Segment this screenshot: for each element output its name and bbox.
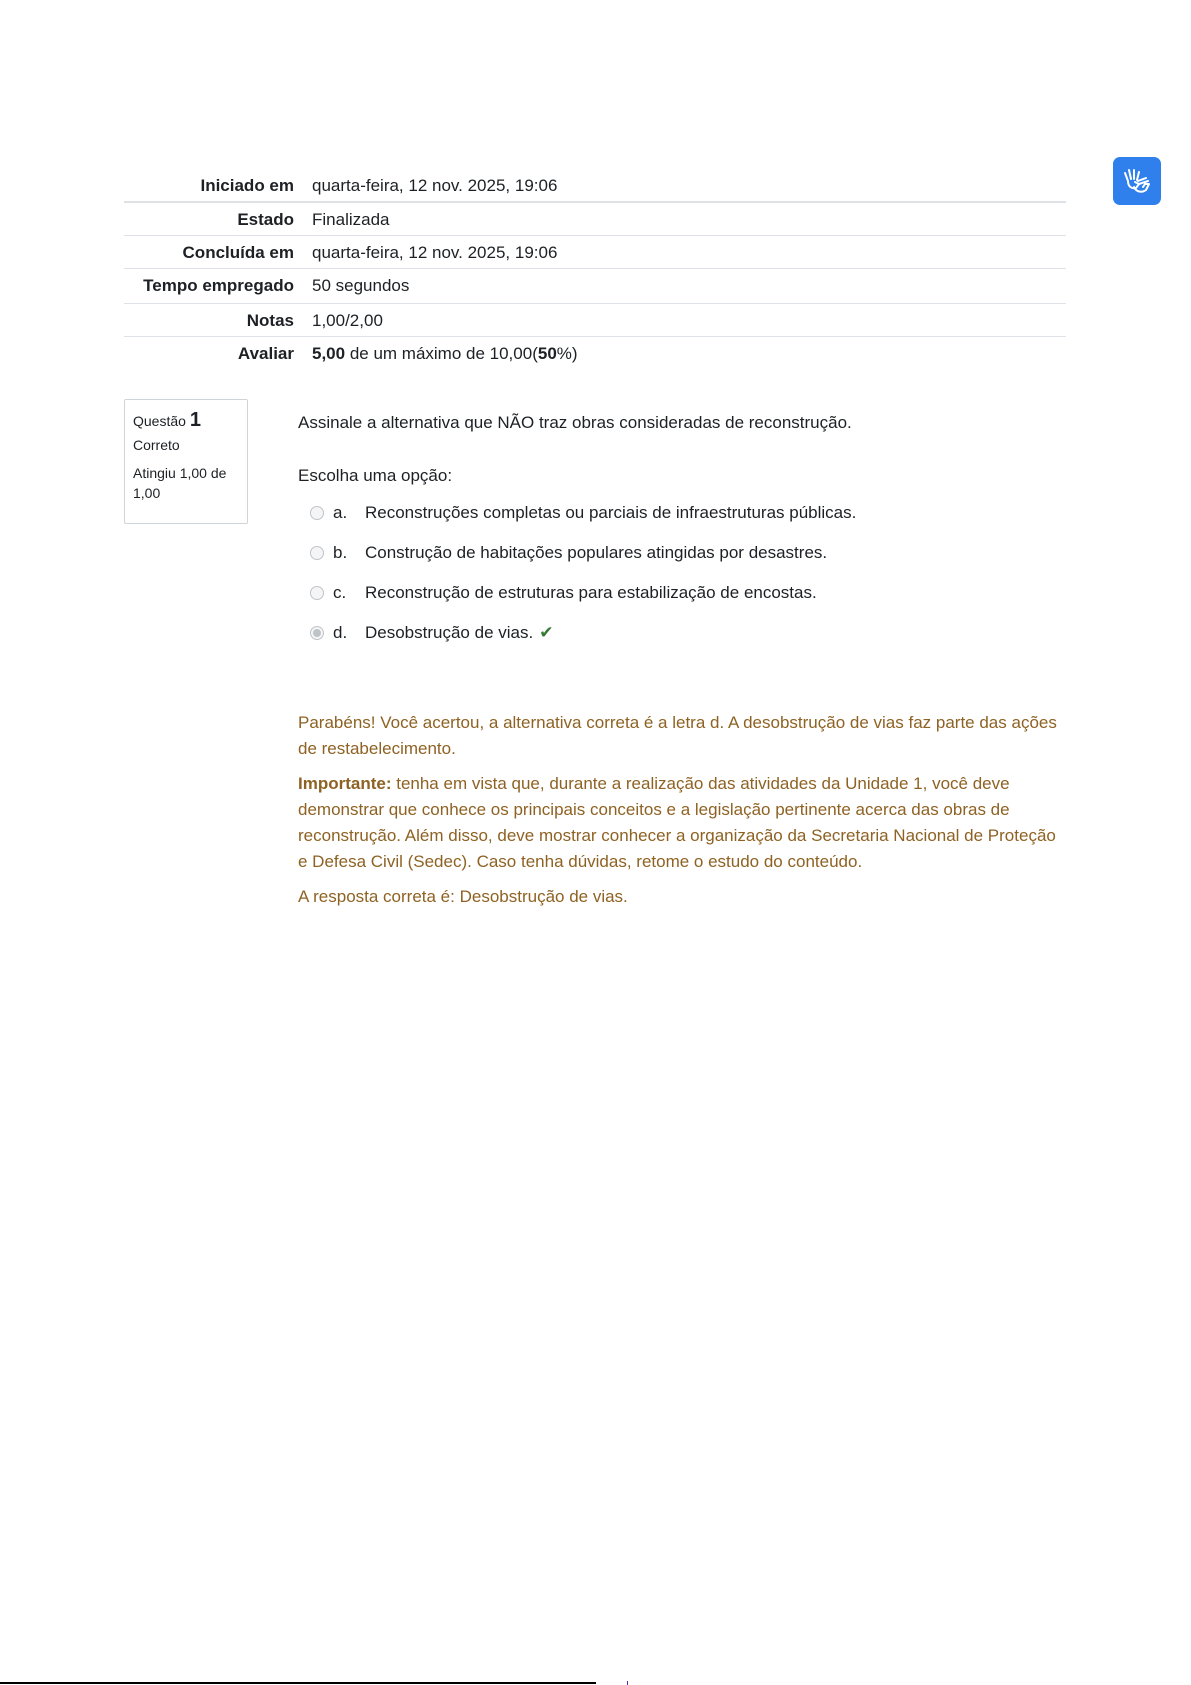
summary-row-completed: Concluída em quarta-feira, 12 nov. 2025,… bbox=[124, 236, 1066, 269]
question-number-value: 1 bbox=[190, 409, 201, 431]
summary-value: Finalizada bbox=[306, 202, 1066, 236]
summary-label: Concluída em bbox=[124, 236, 306, 269]
radio-button[interactable] bbox=[310, 546, 324, 560]
summary-row-marks: Notas 1,00/2,00 bbox=[124, 304, 1066, 337]
option-letter: d. bbox=[333, 623, 365, 643]
summary-row-grade: Avaliar 5,00 de um máximo de 10,00(50%) bbox=[124, 337, 1066, 370]
page-bottom-mark bbox=[627, 1681, 628, 1685]
feedback-congrats: Parabéns! Você acertou, a alternativa co… bbox=[298, 710, 1058, 762]
attempt-summary-table: Iniciado em quarta-feira, 12 nov. 2025, … bbox=[124, 169, 1066, 369]
answer-prompt: Escolha uma opção: bbox=[298, 463, 1058, 489]
summary-label: Notas bbox=[124, 304, 306, 337]
grade-suffix: %) bbox=[557, 344, 578, 363]
answer-option-d[interactable]: d. Desobstrução de vias. ✔ bbox=[298, 613, 1058, 653]
summary-label: Iniciado em bbox=[124, 169, 306, 202]
summary-label: Estado bbox=[124, 202, 306, 236]
grade-score: 5,00 bbox=[312, 344, 345, 363]
grade-percent: 50 bbox=[538, 344, 557, 363]
summary-value: quarta-feira, 12 nov. 2025, 19:06 bbox=[306, 236, 1066, 269]
radio-button[interactable] bbox=[310, 506, 324, 520]
option-text: Desobstrução de vias. bbox=[365, 623, 533, 643]
summary-grade-value: 5,00 de um máximo de 10,00(50%) bbox=[306, 337, 1066, 370]
question-grade: Atingiu 1,00 de 1,00 bbox=[133, 463, 239, 503]
check-icon: ✔ bbox=[539, 623, 553, 643]
option-letter: c. bbox=[333, 583, 365, 603]
option-text: Construção de habitações populares ating… bbox=[365, 543, 827, 563]
accessibility-button[interactable] bbox=[1113, 157, 1161, 205]
option-letter: a. bbox=[333, 503, 365, 523]
radio-button-selected[interactable] bbox=[310, 626, 324, 640]
question-number: Questão 1 bbox=[133, 409, 239, 432]
summary-label: Avaliar bbox=[124, 337, 306, 370]
summary-row-state: Estado Finalizada bbox=[124, 202, 1066, 236]
option-text: Reconstrução de estruturas para estabili… bbox=[365, 583, 817, 603]
radio-button[interactable] bbox=[310, 586, 324, 600]
answer-option-c[interactable]: c. Reconstrução de estruturas para estab… bbox=[298, 573, 1058, 613]
option-letter: b. bbox=[333, 543, 365, 563]
feedback-section: Parabéns! Você acertou, a alternativa co… bbox=[298, 710, 1058, 919]
summary-row-started: Iniciado em quarta-feira, 12 nov. 2025, … bbox=[124, 169, 1066, 202]
summary-value: quarta-feira, 12 nov. 2025, 19:06 bbox=[306, 169, 1066, 202]
summary-value: 1,00/2,00 bbox=[306, 304, 1066, 337]
summary-row-time-taken: Tempo empregado 50 segundos bbox=[124, 269, 1066, 304]
option-text: Reconstruções completas ou parciais de i… bbox=[365, 503, 856, 523]
question-content: Assinale a alternativa que NÃO traz obra… bbox=[298, 410, 1058, 653]
question-text: Assinale a alternativa que NÃO traz obra… bbox=[298, 410, 1058, 436]
answer-option-a[interactable]: a. Reconstruções completas ou parciais d… bbox=[298, 493, 1058, 533]
summary-value: 50 segundos bbox=[306, 269, 1066, 304]
feedback-right-answer: A resposta correta é: Desobstrução de vi… bbox=[298, 884, 1058, 910]
page-bottom-divider bbox=[0, 1682, 596, 1684]
summary-label: Tempo empregado bbox=[124, 269, 306, 304]
grade-middle: de um máximo de 10,00( bbox=[345, 344, 538, 363]
important-label: Importante: bbox=[298, 774, 392, 793]
feedback-important: Importante: tenha em vista que, durante … bbox=[298, 771, 1058, 875]
answer-options: a. Reconstruções completas ou parciais d… bbox=[298, 493, 1058, 653]
question-state: Correto bbox=[133, 437, 239, 453]
sign-language-hands-icon bbox=[1122, 167, 1152, 195]
important-text: tenha em vista que, durante a realização… bbox=[298, 774, 1056, 871]
question-info-box: Questão 1 Correto Atingiu 1,00 de 1,00 bbox=[124, 399, 248, 524]
question-label: Questão bbox=[133, 413, 186, 429]
answer-option-b[interactable]: b. Construção de habitações populares at… bbox=[298, 533, 1058, 573]
